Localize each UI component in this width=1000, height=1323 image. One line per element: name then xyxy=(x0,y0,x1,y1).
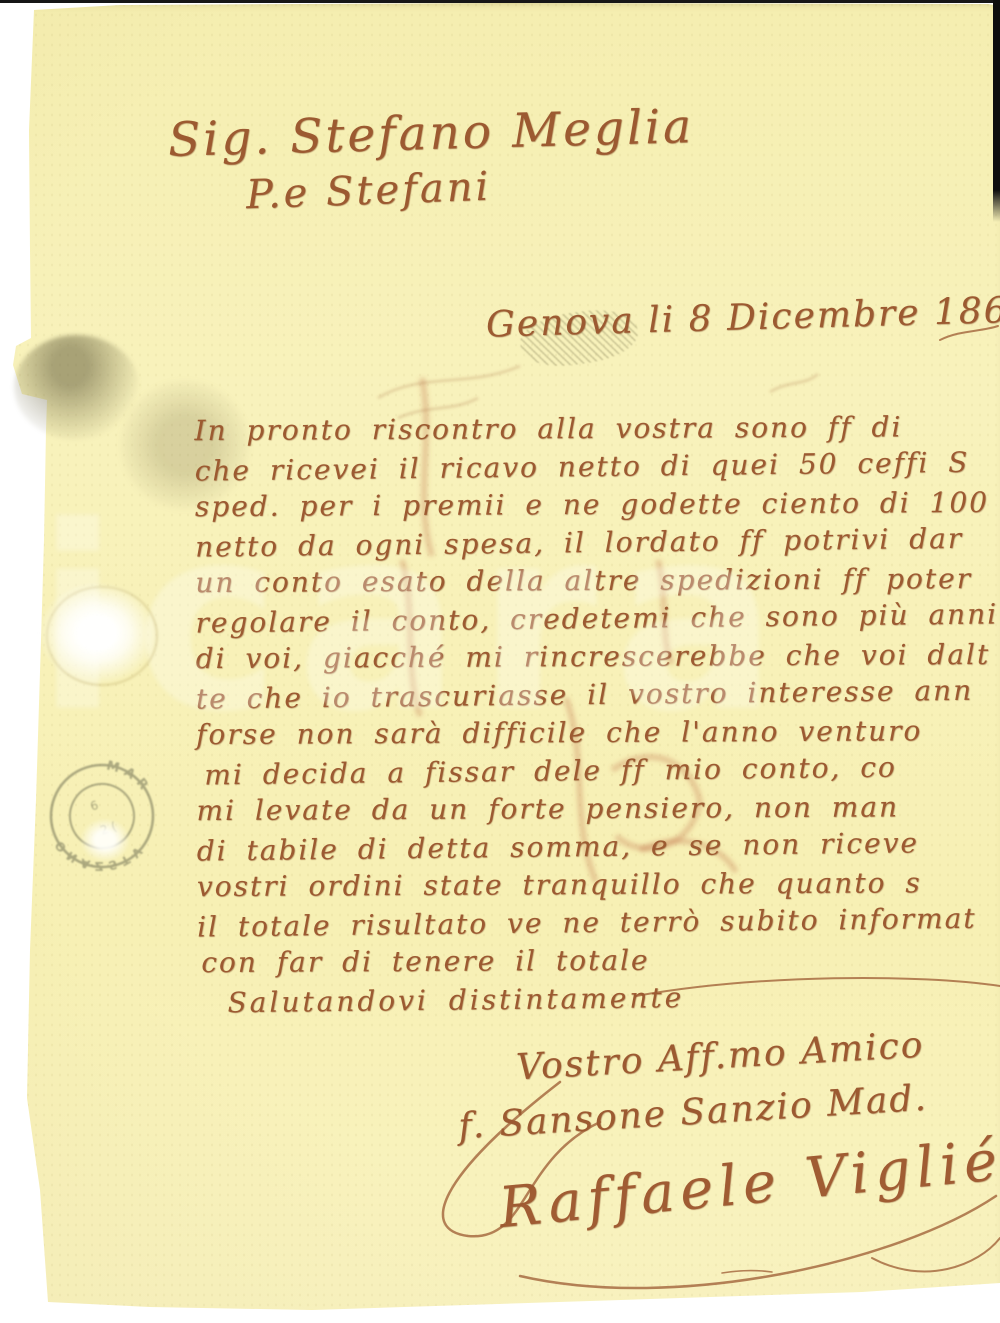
body-line: In pronto riscontro alla vostra sono ff … xyxy=(194,408,997,450)
body-line: il totale risultato ve ne terrò subito i… xyxy=(197,899,1000,946)
scan-right-edge xyxy=(993,0,1000,222)
body-line: Salutandovi distintamente xyxy=(197,975,1000,1022)
body-line: te che io trascuriasse il vostro interes… xyxy=(196,671,999,718)
body-line: un conto esato della altre spedizioni ff… xyxy=(195,560,998,602)
body-line: con far di tenere il totale xyxy=(197,940,1000,982)
scan-top-edge xyxy=(0,0,1000,3)
recipient-line-2: P.e Stefani xyxy=(245,164,492,219)
postmark-center-digit-1: 6 xyxy=(89,798,101,814)
body-line: di tabile di detta somma, e se non ricev… xyxy=(197,823,1000,870)
body-line: forse non sarà difficile che l'anno vent… xyxy=(196,712,999,754)
body-line: di voi, giacché mi rincrescerebbe che vo… xyxy=(196,636,999,678)
body-line: sped. per i premii e ne godette ciento d… xyxy=(195,484,998,526)
letter-body: In pronto riscontro alla vostra sono ff … xyxy=(194,408,1000,1020)
body-line: regolare il conto, credetemi che sono pi… xyxy=(195,595,998,642)
body-line: netto da ogni spesa, il lordato ff potri… xyxy=(195,519,998,566)
body-line: mi decida a fissar dele ff mio conto, co xyxy=(196,747,999,794)
body-line: mi levate da un forte pensiero, non man xyxy=(196,788,999,830)
stamp-glare-spot xyxy=(80,818,130,862)
glare-spot xyxy=(38,582,156,684)
body-line: che ricevei il ricavo netto di quei 50 c… xyxy=(195,443,998,490)
ink-smudge-left-tab xyxy=(14,335,139,440)
body-line: vostri ordini state tranquillo che quant… xyxy=(197,864,1000,906)
scanned-letter-photo: MAR ONAZSTV 6 2 ( Sig. Stefano Meglia P.… xyxy=(0,0,1000,1323)
